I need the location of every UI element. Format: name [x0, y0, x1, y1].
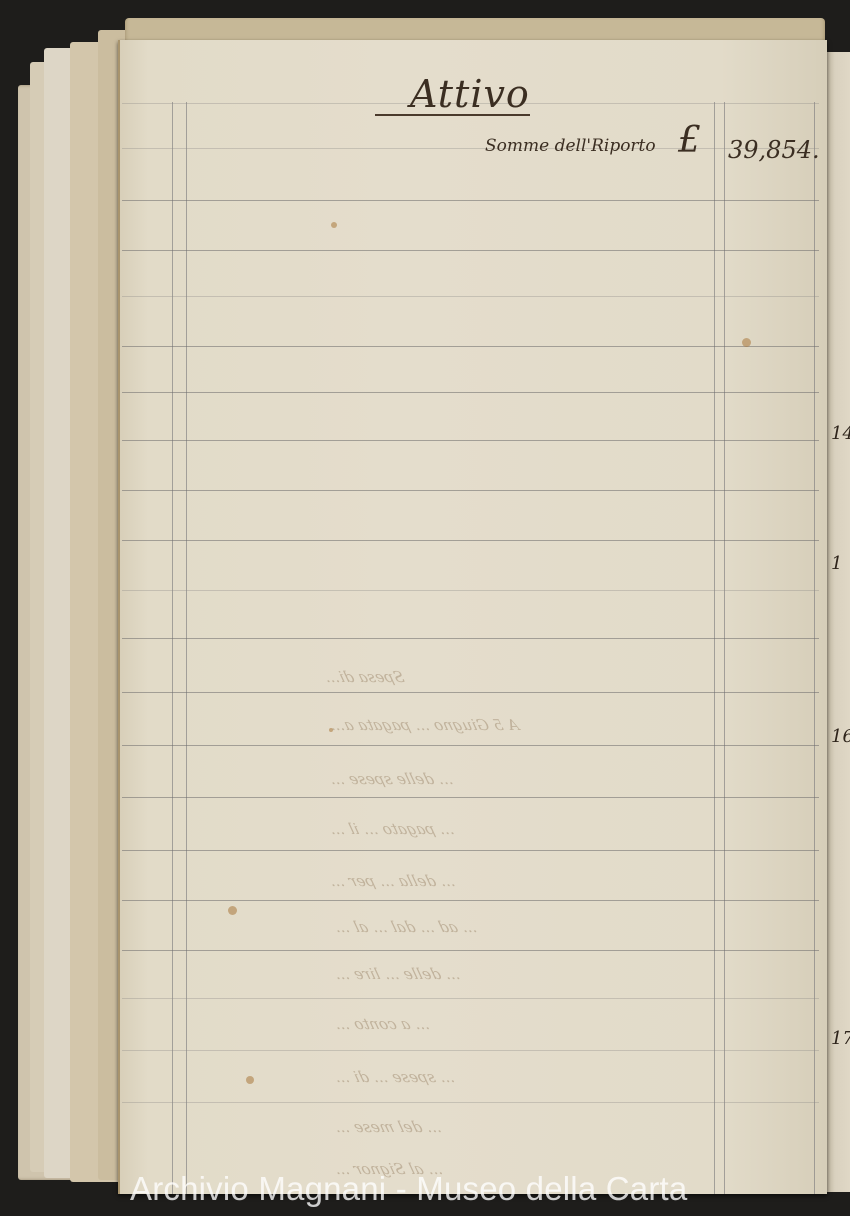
- carry-forward-label: Somme dell'Riporto: [485, 136, 656, 156]
- ruled-line: [122, 1102, 819, 1103]
- bleed-through-line: ... della ... per ...: [328, 872, 457, 890]
- foxing-spot: [742, 338, 751, 347]
- right-border-rule: [814, 102, 815, 1194]
- ruled-line: [122, 392, 819, 393]
- foxing-spot: [246, 1076, 254, 1084]
- ruled-line: [122, 745, 819, 746]
- ruled-line: [122, 998, 819, 999]
- foxing-spot: [228, 906, 237, 915]
- amount-column-rule: [714, 102, 715, 1194]
- bleed-through-line: ... ad ... dal ... al ...: [333, 918, 479, 936]
- facing-page-number: 1: [831, 553, 842, 574]
- facing-page-number: 14: [831, 423, 850, 444]
- bleed-through-line: ... pagato ... il ...: [328, 820, 457, 838]
- ruled-line: [122, 200, 819, 201]
- ruled-line: [122, 797, 819, 798]
- facing-page-number: 17: [831, 1028, 850, 1049]
- amount-column-rule: [724, 102, 725, 1194]
- margin-rule: [186, 102, 187, 1194]
- ledger-heading: Attivo: [410, 72, 530, 116]
- ruled-line: [122, 296, 819, 297]
- archive-watermark: Archivio Magnani - Museo della Carta: [130, 1170, 687, 1208]
- ruled-line: [122, 638, 819, 639]
- facing-page-number: 16: [831, 726, 850, 747]
- carry-forward-amount: 39,854.: [728, 136, 820, 164]
- ruled-line: [122, 850, 819, 851]
- ruled-line: [122, 900, 819, 901]
- bleed-through-line: ... a conto ...: [333, 1015, 432, 1033]
- bleed-through-line: Spesa di...: [323, 668, 407, 686]
- ruled-line: [122, 540, 819, 541]
- ruled-line: [122, 490, 819, 491]
- ruled-line: [122, 440, 819, 441]
- margin-rule: [172, 102, 173, 1194]
- heading-underline: [375, 114, 530, 116]
- ruled-line: [122, 692, 819, 693]
- foxing-spot: [331, 222, 337, 228]
- bleed-through-line: ... del mese ...: [333, 1118, 444, 1136]
- facing-page: [825, 52, 850, 1192]
- ledger-page: Attivo Somme dell'Riporto £ 39,854. Spes…: [118, 40, 827, 1194]
- ruled-line: [122, 950, 819, 951]
- bleed-through-line: ... delle ... lire ...: [333, 965, 462, 983]
- bleed-through-line: ... spese ... di ...: [333, 1068, 457, 1086]
- ruled-line: [122, 590, 819, 591]
- bleed-through-line: ... delle spese ...: [328, 770, 455, 788]
- ruled-line: [122, 250, 819, 251]
- pound-sign: £: [678, 120, 701, 161]
- ruled-line: [122, 148, 819, 149]
- ruled-line: [122, 1050, 819, 1051]
- bleed-through-line: A 5 Giugno ... pagata a...: [328, 716, 521, 734]
- foxing-spot: [329, 728, 333, 732]
- ruled-line: [122, 346, 819, 347]
